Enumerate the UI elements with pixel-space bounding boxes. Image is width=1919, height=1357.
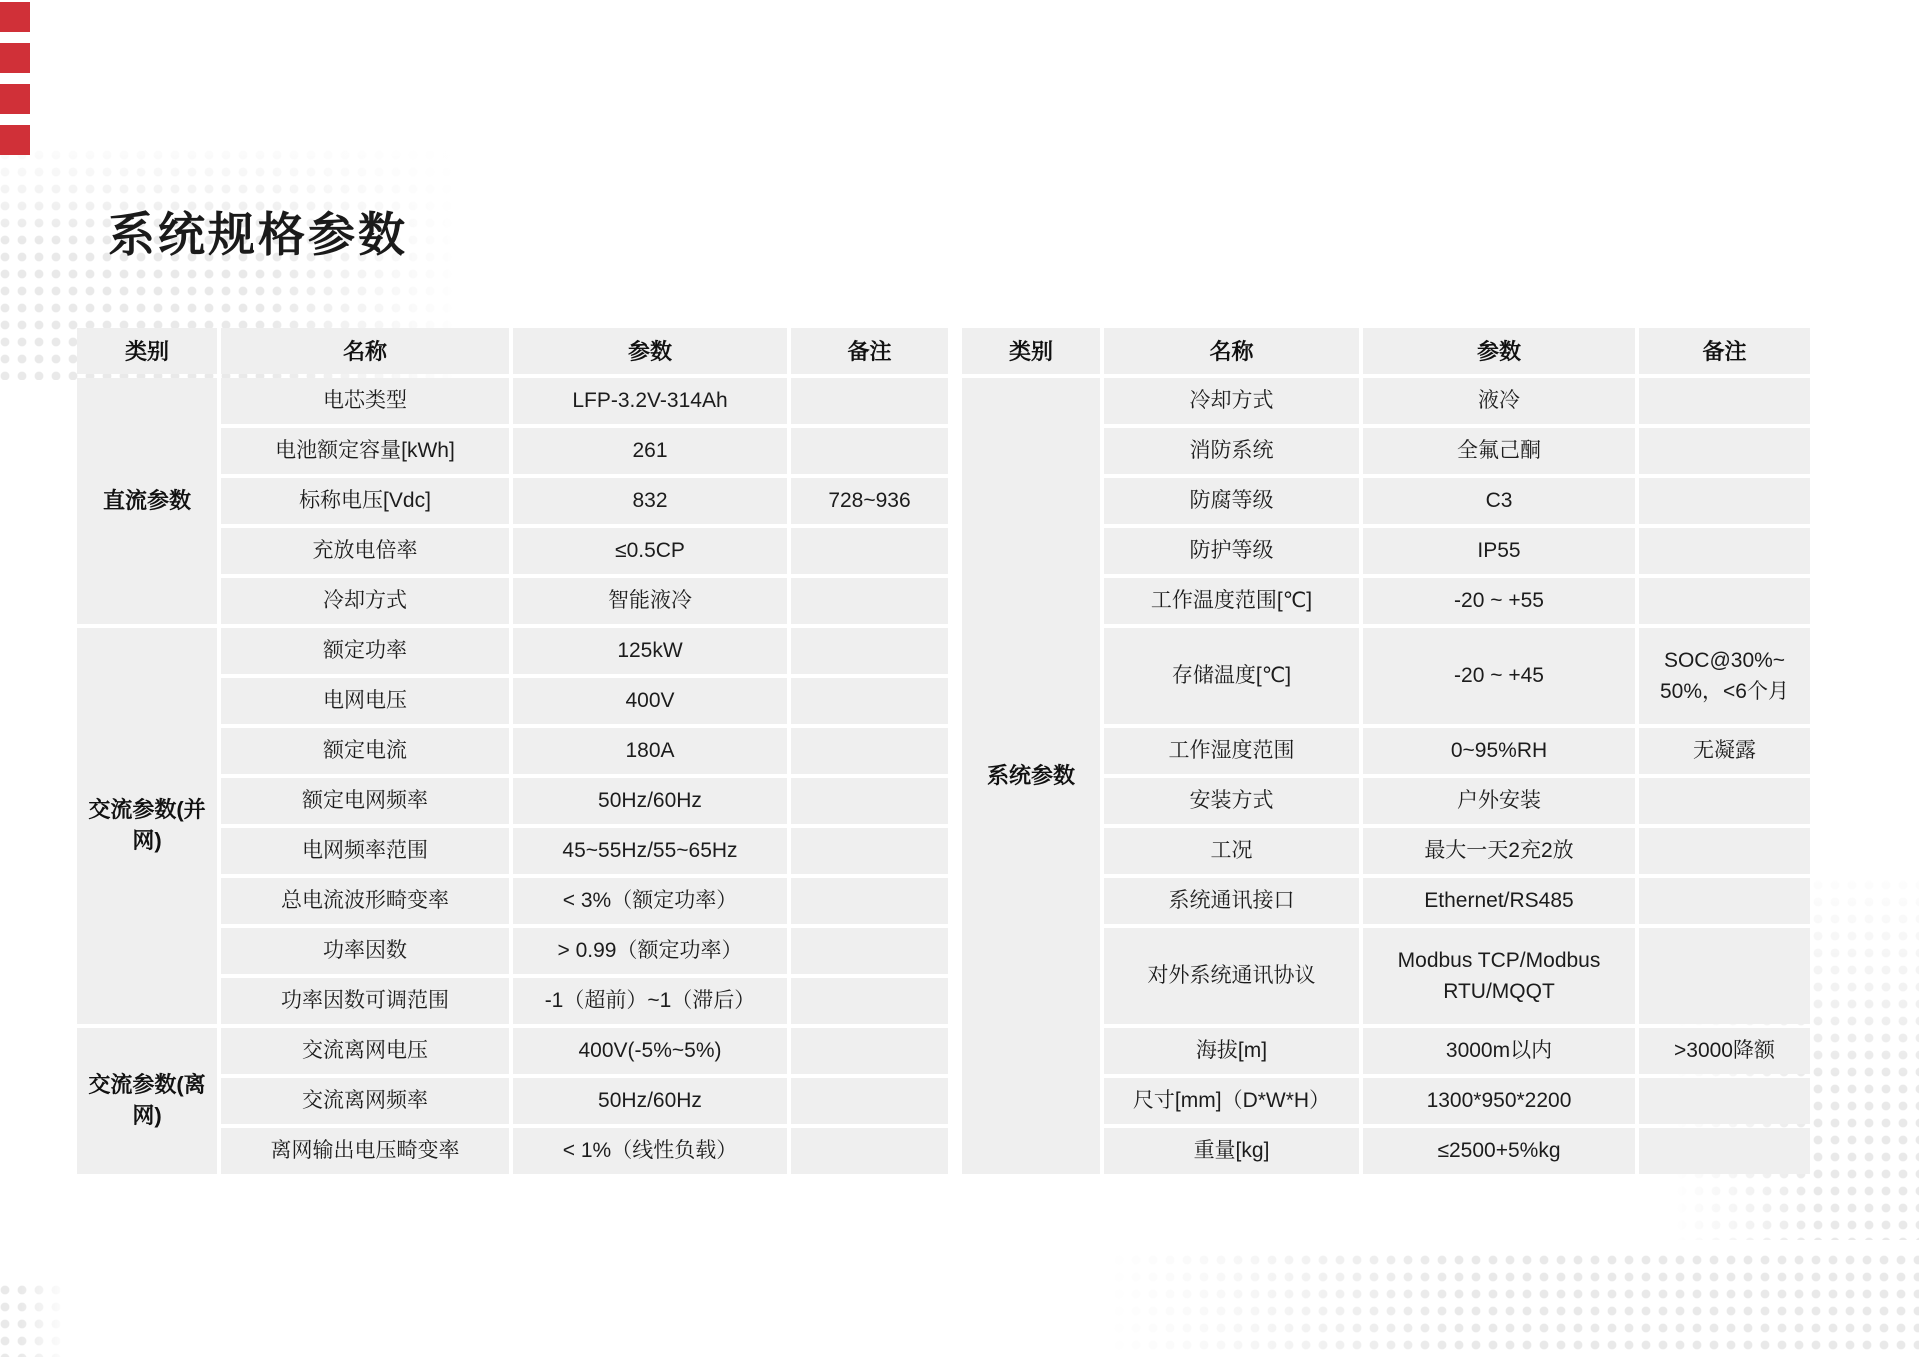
name-cell: 充放电倍率: [221, 528, 509, 574]
name-cell: 工作温度范围[℃]: [1104, 578, 1359, 624]
red-dash: [0, 125, 30, 155]
red-accent-dashes: [0, 2, 30, 166]
note-cell: [791, 1078, 948, 1124]
name-cell: 尺寸[mm]（D*W*H）: [1104, 1078, 1359, 1124]
param-cell: 户外安装: [1363, 778, 1635, 824]
note-cell: [791, 578, 948, 624]
note-cell: [1639, 478, 1810, 524]
red-dash: [0, 43, 30, 73]
name-cell: 消防系统: [1104, 428, 1359, 474]
right-spec-table: 类别名称参数备注系统参数冷却方式液冷消防系统全氟己酮防腐等级C3防护等级IP55…: [958, 324, 1814, 1178]
name-cell: 总电流波形畸变率: [221, 878, 509, 924]
note-cell: [1639, 928, 1810, 1024]
left-spec-table: 类别名称参数备注直流参数电芯类型LFP-3.2V-314Ah电池额定容量[kWh…: [73, 324, 952, 1178]
name-cell: 工况: [1104, 828, 1359, 874]
right-header-row: 类别名称参数备注: [962, 328, 1810, 374]
param-cell: C3: [1363, 478, 1635, 524]
param-cell: 180A: [513, 728, 787, 774]
note-cell: [791, 528, 948, 574]
param-cell: 液冷: [1363, 378, 1635, 424]
param-cell: 0~95%RH: [1363, 728, 1635, 774]
category-cell: 交流参数(离网): [77, 1028, 217, 1174]
name-cell: 额定功率: [221, 628, 509, 674]
note-cell: [1639, 878, 1810, 924]
category-cell: 直流参数: [77, 378, 217, 624]
name-cell: 存储温度[℃]: [1104, 628, 1359, 724]
name-cell: 重量[kg]: [1104, 1128, 1359, 1174]
note-cell: [791, 1128, 948, 1174]
param-cell: 1300*950*2200: [1363, 1078, 1635, 1124]
param-cell: 832: [513, 478, 787, 524]
note-cell: [791, 1028, 948, 1074]
name-cell: 冷却方式: [221, 578, 509, 624]
param-cell: Modbus TCP/Modbus RTU/MQQT: [1363, 928, 1635, 1024]
name-cell: 电池额定容量[kWh]: [221, 428, 509, 474]
note-cell: [791, 678, 948, 724]
slide-canvas: 系统规格参数 类别名称参数备注直流参数电芯类型LFP-3.2V-314Ah电池额…: [0, 0, 1919, 1357]
note-cell: [1639, 578, 1810, 624]
name-cell: 功率因数可调范围: [221, 978, 509, 1024]
name-cell: 防腐等级: [1104, 478, 1359, 524]
param-cell: ≤2500+5%kg: [1363, 1128, 1635, 1174]
name-cell: 对外系统通讯协议: [1104, 928, 1359, 1024]
name-cell: 功率因数: [221, 928, 509, 974]
note-cell: 728~936: [791, 478, 948, 524]
note-cell: [791, 628, 948, 674]
param-cell: < 3%（额定功率）: [513, 878, 787, 924]
param-cell: < 1%（线性负载）: [513, 1128, 787, 1174]
category-cell: 系统参数: [962, 378, 1100, 1174]
param-cell: 最大一天2充2放: [1363, 828, 1635, 874]
param-cell: -20 ~ +45: [1363, 628, 1635, 724]
note-cell: 无凝露: [1639, 728, 1810, 774]
param-cell: LFP-3.2V-314Ah: [513, 378, 787, 424]
param-cell: Ethernet/RS485: [1363, 878, 1635, 924]
param-cell: 45~55Hz/55~65Hz: [513, 828, 787, 874]
column-header: 类别: [962, 328, 1100, 374]
note-cell: [791, 978, 948, 1024]
param-cell: 智能液冷: [513, 578, 787, 624]
halftone-pattern-bottom: [1080, 1255, 1919, 1357]
category-cell: 交流参数(并网): [77, 628, 217, 1024]
name-cell: 电芯类型: [221, 378, 509, 424]
name-cell: 安装方式: [1104, 778, 1359, 824]
table-row: 系统参数冷却方式液冷: [962, 378, 1810, 424]
param-cell: -20 ~ +55: [1363, 578, 1635, 624]
note-cell: [791, 728, 948, 774]
column-header: 参数: [1363, 328, 1635, 374]
name-cell: 系统通讯接口: [1104, 878, 1359, 924]
note-cell: [1639, 1128, 1810, 1174]
halftone-pattern-bottom-left: [0, 1285, 70, 1357]
column-header: 备注: [791, 328, 948, 374]
note-cell: [1639, 528, 1810, 574]
note-cell: >3000降额: [1639, 1028, 1810, 1074]
param-cell: 50Hz/60Hz: [513, 778, 787, 824]
right-table: 类别名称参数备注系统参数冷却方式液冷消防系统全氟己酮防腐等级C3防护等级IP55…: [958, 324, 1814, 1178]
param-cell: 全氟己酮: [1363, 428, 1635, 474]
note-cell: [791, 378, 948, 424]
param-cell: ≤0.5CP: [513, 528, 787, 574]
name-cell: 离网输出电压畸变率: [221, 1128, 509, 1174]
table-row: 交流参数(离网)交流离网电压400V(-5%~5%): [77, 1028, 948, 1074]
name-cell: 标称电压[Vdc]: [221, 478, 509, 524]
red-dash: [0, 2, 30, 32]
name-cell: 防护等级: [1104, 528, 1359, 574]
left-header-row: 类别名称参数备注: [77, 328, 948, 374]
param-cell: -1（超前）~1（滞后）: [513, 978, 787, 1024]
column-header: 备注: [1639, 328, 1810, 374]
column-header: 名称: [1104, 328, 1359, 374]
param-cell: 400V(-5%~5%): [513, 1028, 787, 1074]
page-title: 系统规格参数: [108, 198, 408, 265]
table-row: 直流参数电芯类型LFP-3.2V-314Ah: [77, 378, 948, 424]
param-cell: 50Hz/60Hz: [513, 1078, 787, 1124]
left-table: 类别名称参数备注直流参数电芯类型LFP-3.2V-314Ah电池额定容量[kWh…: [73, 324, 952, 1178]
note-cell: [791, 928, 948, 974]
name-cell: 电网频率范围: [221, 828, 509, 874]
name-cell: 冷却方式: [1104, 378, 1359, 424]
param-cell: 400V: [513, 678, 787, 724]
table-row: 交流参数(并网)额定功率125kW: [77, 628, 948, 674]
column-header: 类别: [77, 328, 217, 374]
note-cell: [1639, 378, 1810, 424]
note-cell: [791, 828, 948, 874]
param-cell: > 0.99（额定功率）: [513, 928, 787, 974]
red-dash: [0, 84, 30, 114]
param-cell: 261: [513, 428, 787, 474]
note-cell: [1639, 778, 1810, 824]
name-cell: 工作湿度范围: [1104, 728, 1359, 774]
note-cell: [791, 428, 948, 474]
name-cell: 额定电流: [221, 728, 509, 774]
note-cell: [1639, 1078, 1810, 1124]
column-header: 名称: [221, 328, 509, 374]
name-cell: 交流离网电压: [221, 1028, 509, 1074]
param-cell: IP55: [1363, 528, 1635, 574]
note-cell: [1639, 828, 1810, 874]
column-header: 参数: [513, 328, 787, 374]
name-cell: 交流离网频率: [221, 1078, 509, 1124]
note-cell: [791, 878, 948, 924]
note-cell: [1639, 428, 1810, 474]
name-cell: 电网电压: [221, 678, 509, 724]
param-cell: 3000m以内: [1363, 1028, 1635, 1074]
name-cell: 海拔[m]: [1104, 1028, 1359, 1074]
note-cell: SOC@30%~ 50%，<6个月: [1639, 628, 1810, 724]
note-cell: [791, 778, 948, 824]
name-cell: 额定电网频率: [221, 778, 509, 824]
param-cell: 125kW: [513, 628, 787, 674]
